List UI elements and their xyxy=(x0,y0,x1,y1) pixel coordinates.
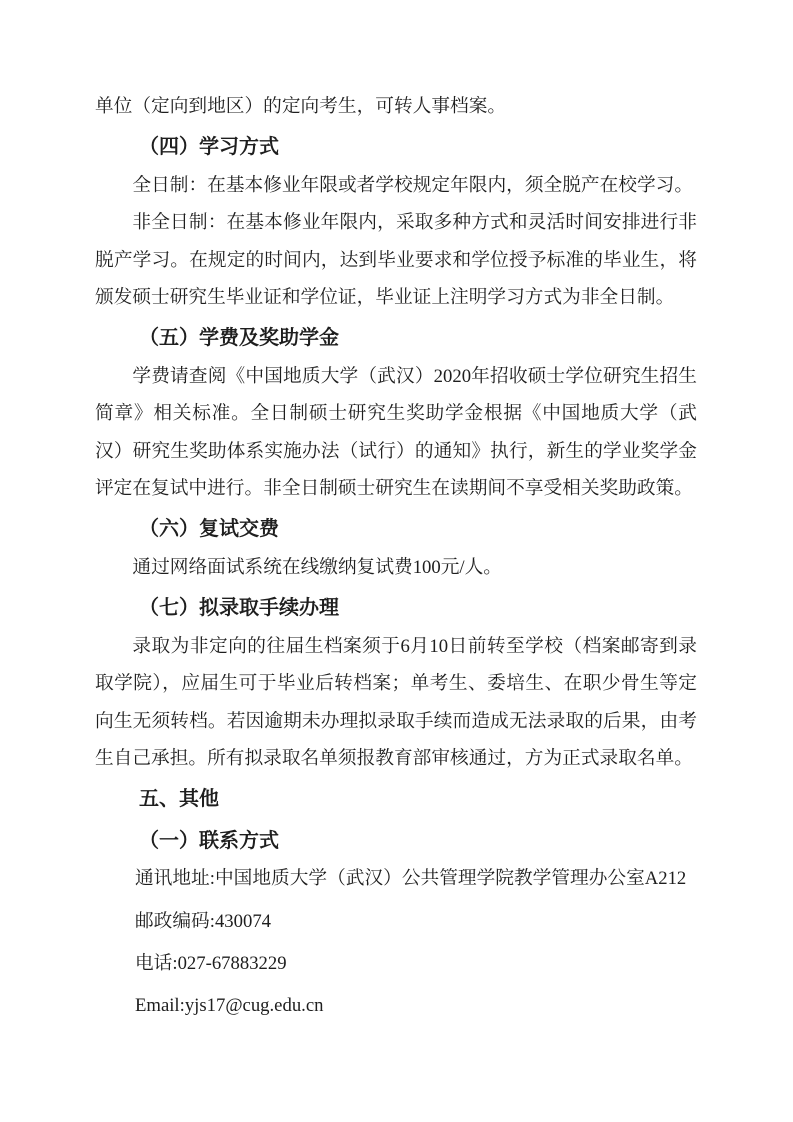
section-heading-contact: （一）联系方式 xyxy=(95,823,697,860)
contact-postcode-line: 邮政编码:430074 xyxy=(95,903,697,940)
paragraph-retest-fee: 通过网络面试系统在线缴纳复试费100元/人。 xyxy=(95,549,697,586)
contact-email-line: Email:yjs17@cug.edu.cn xyxy=(95,987,697,1024)
contact-address-line: 通讯地址:中国地质大学（武汉）公共管理学院教学管理办公室A212 xyxy=(95,860,697,897)
paragraph-tuition-scholarship: 学费请查阅《中国地质大学（武汉）2020年招收硕士学位研究生招生简章》相关标准。… xyxy=(95,358,697,508)
paragraph-parttime: 非全日制：在基本修业年限内，采取多种方式和灵活时间安排进行非脱产学习。在规定的时… xyxy=(95,204,697,316)
document-content: 单位（定向到地区）的定向考生，可转人事档案。 （四）学习方式 全日制：在基本修业… xyxy=(95,88,697,1025)
paragraph-fulltime: 全日制：在基本修业年限或者学校规定年限内，须全脱产在校学习。 xyxy=(95,167,697,204)
section-heading-admission-procedure: （七）拟录取手续办理 xyxy=(95,590,697,627)
section-heading-study-mode: （四）学习方式 xyxy=(95,129,697,166)
paragraph-admission-procedure: 录取为非定向的往届生档案须于6月10日前转至学校（档案邮寄到录取学院），应届生可… xyxy=(95,628,697,778)
section-heading-retest-fee: （六）复试交费 xyxy=(95,511,697,548)
document-page: 单位（定向到地区）的定向考生，可转人事档案。 （四）学习方式 全日制：在基本修业… xyxy=(0,0,793,1122)
section-heading-tuition-scholarship: （五）学费及奖助学金 xyxy=(95,320,697,357)
carryover-paragraph: 单位（定向到地区）的定向考生，可转人事档案。 xyxy=(95,88,697,125)
chapter-heading-other: 五、其他 xyxy=(95,781,697,818)
contact-phone-line: 电话:027-67883229 xyxy=(95,945,697,982)
